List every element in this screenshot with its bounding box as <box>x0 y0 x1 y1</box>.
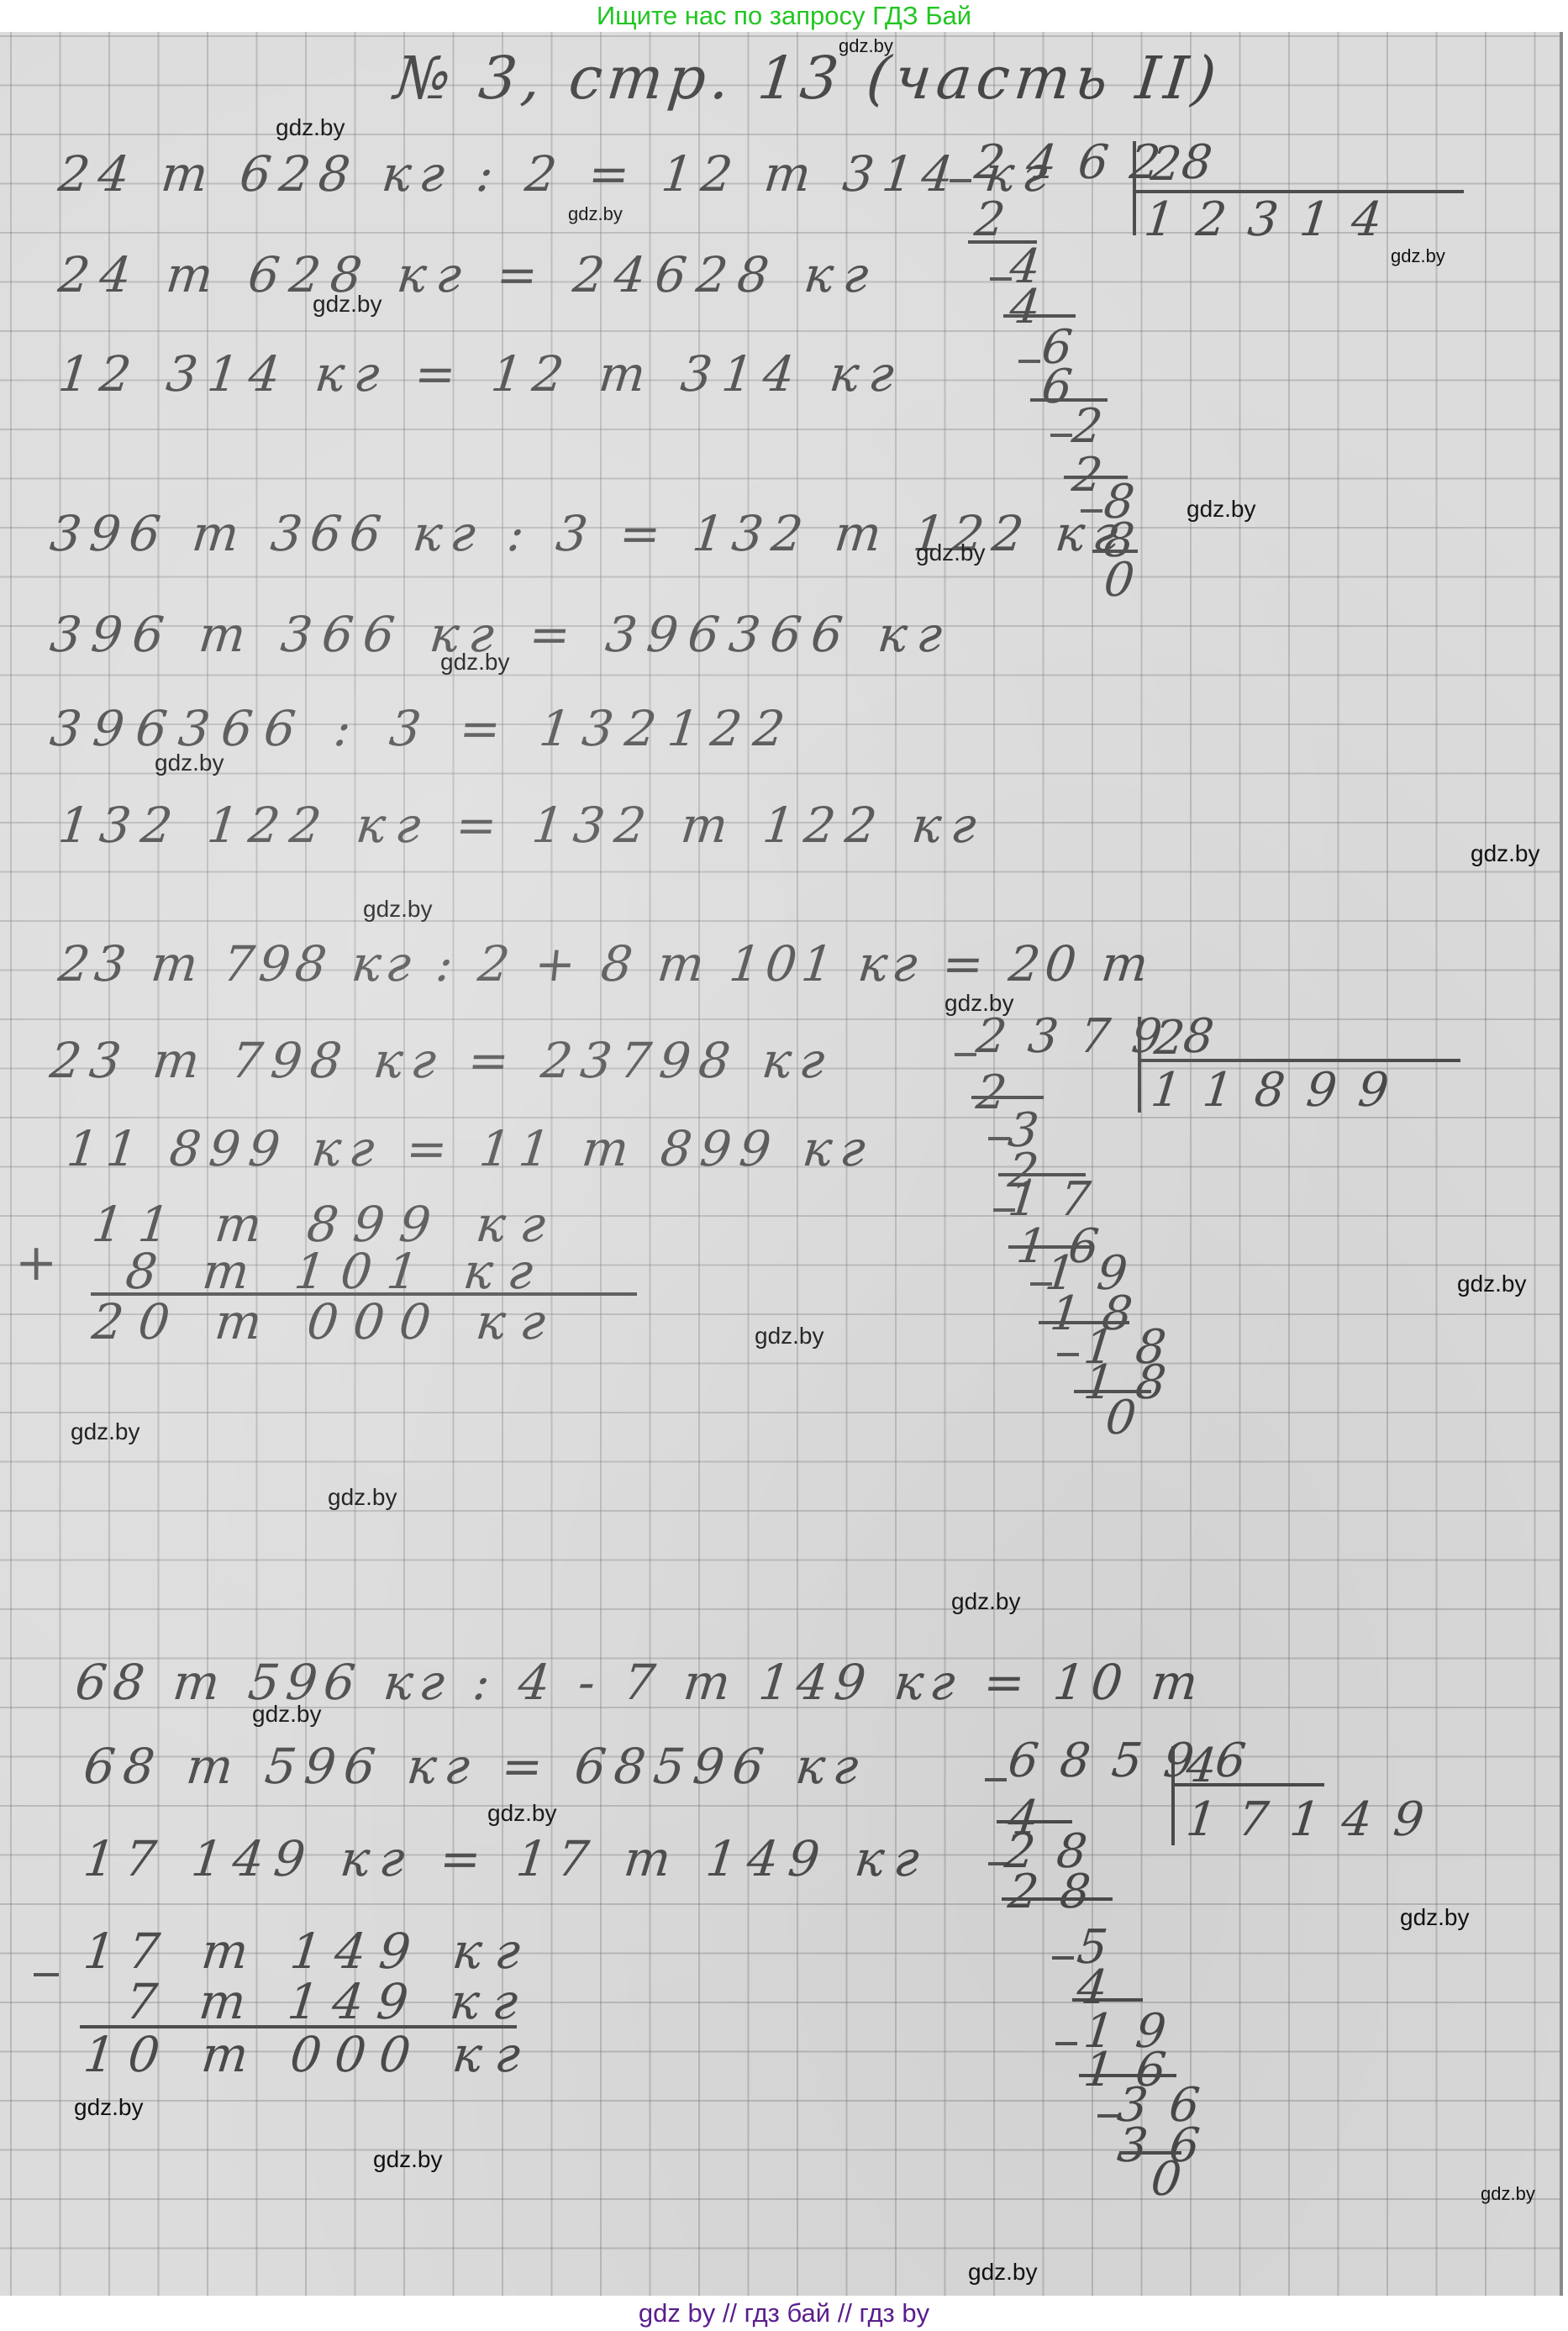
watermark: gdz.by <box>276 114 345 141</box>
search-banner: Ищите нас по запросу ГДЗ Бай <box>0 0 1568 32</box>
watermark: gdz.by <box>440 649 510 676</box>
footer-links: gdz by // гдз бай // гдз by <box>0 2296 1568 2331</box>
task4-line-1: 68 т 596 кг : 4 - 7 т 149 кг = 10 т <box>73 1658 1207 1707</box>
watermark: gdz.by <box>155 750 224 776</box>
task2-line-4: 132 122 кг = 132 т 122 кг <box>56 801 988 850</box>
watermark: gdz.by <box>1471 840 1540 867</box>
task3-line-3: 11 899 кг = 11 т 899 кг <box>65 1124 876 1173</box>
quotient: 12314 <box>1142 197 1406 244</box>
watermark: gdz.by <box>944 990 1014 1017</box>
watermark: gdz.by <box>951 1588 1021 1615</box>
task4-line-3: 17 149 кг = 17 т 149 кг <box>82 1834 932 1883</box>
watermark: gdz.by <box>916 539 986 566</box>
watermark: gdz.by <box>1391 245 1445 267</box>
task1-line-2: 24 т 628 кг = 24628 кг <box>56 250 881 299</box>
watermark: gdz.by <box>755 1323 824 1350</box>
exercise-title: № 3, стр. 13 (часть II) <box>392 49 1223 108</box>
notebook-page: № 3, стр. 13 (часть II) 24 т 628 кг : 2 … <box>0 32 1563 2296</box>
task3-line-1: 23 т 798 кг : 2 + 8 т 101 кг = 20 т <box>56 939 1155 988</box>
watermark: gdz.by <box>363 896 433 923</box>
watermark: gdz.by <box>1481 2183 1535 2205</box>
watermark: gdz.by <box>1187 496 1256 523</box>
watermark: gdz.by <box>968 2259 1038 2286</box>
divisor: 2 <box>1149 141 1206 188</box>
watermark: gdz.by <box>252 1701 322 1728</box>
watermark: gdz.by <box>74 2094 144 2121</box>
watermark: gdz.by <box>373 2146 443 2173</box>
watermark: gdz.by <box>1400 1904 1470 1931</box>
task1-line-1: 24 т 628 кг : 2 = 12 т 314 кг <box>56 150 1058 198</box>
task3-line-2: 23 т 798 кг = 23798 кг <box>48 1036 835 1085</box>
watermark: gdz.by <box>1457 1271 1527 1297</box>
watermark: gdz.by <box>487 1800 557 1827</box>
task4-line-2: 68 т 596 кг = 68596 кг <box>82 1742 869 1791</box>
watermark: gdz.by <box>568 203 623 225</box>
watermark: gdz.by <box>328 1484 397 1511</box>
watermark: gdz.by <box>313 291 382 318</box>
task2-line-3: 396366 : 3 = 132122 <box>48 704 799 753</box>
watermark: gdz.by <box>71 1418 140 1445</box>
task1-line-3: 12 314 кг = 12 т 314 кг <box>56 350 907 398</box>
watermark: gdz.by <box>839 35 893 57</box>
